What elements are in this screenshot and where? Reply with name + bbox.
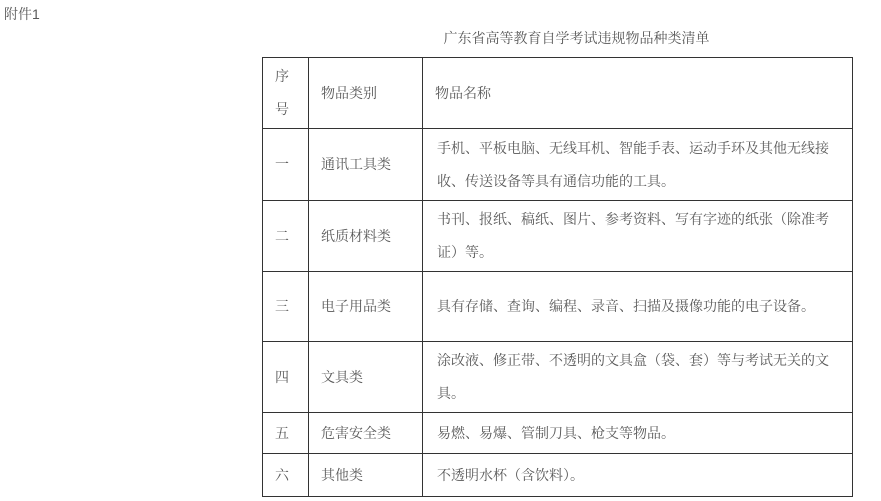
document-content: 广东省高等教育自学考试违规物品种类清单 序号 物品类别 物品名称 一 通讯工具类… <box>262 29 853 497</box>
row-items-cell: 具有存储、查询、编程、录音、扫描及摄像功能的电子设备。 <box>423 272 853 342</box>
table-row: 六 其他类 不透明水杯（含饮料）。 <box>263 454 853 497</box>
row-items-cell: 书刊、报纸、稿纸、图片、参考资料、写有字迹的纸张（除准考证）等。 <box>423 201 853 272</box>
attachment-label: 附件1 <box>4 5 40 23</box>
row-category-cell: 通讯工具类 <box>309 129 423 201</box>
row-category-cell: 文具类 <box>309 342 423 413</box>
row-items-cell: 易燃、易爆、管制刀具、枪支等物品。 <box>423 413 853 454</box>
table-row: 一 通讯工具类 手机、平板电脑、无线耳机、智能手表、运动手环及其他无线接收、传送… <box>263 129 853 201</box>
row-items-cell: 手机、平板电脑、无线耳机、智能手表、运动手环及其他无线接收、传送设备等具有通信功… <box>423 129 853 201</box>
row-category-cell: 纸质材料类 <box>309 201 423 272</box>
row-category-cell: 电子用品类 <box>309 272 423 342</box>
row-index-cell: 四 <box>263 342 309 413</box>
document-page: { "page": { "attachment_label": "附件1", "… <box>0 0 881 501</box>
row-index-cell: 三 <box>263 272 309 342</box>
table-row: 二 纸质材料类 书刊、报纸、稿纸、图片、参考资料、写有字迹的纸张（除准考证）等。 <box>263 201 853 272</box>
row-items-cell: 涂改液、修正带、不透明的文具盒（袋、套）等与考试无关的文具。 <box>423 342 853 413</box>
row-category-cell: 危害安全类 <box>309 413 423 454</box>
table-header-index: 序号 <box>263 58 309 129</box>
row-index-cell: 五 <box>263 413 309 454</box>
table-header-name: 物品名称 <box>423 58 853 129</box>
table-row: 三 电子用品类 具有存储、查询、编程、录音、扫描及摄像功能的电子设备。 <box>263 272 853 342</box>
row-index-cell: 一 <box>263 129 309 201</box>
document-title: 广东省高等教育自学考试违规物品种类清单 <box>262 29 853 47</box>
table-row: 五 危害安全类 易燃、易爆、管制刀具、枪支等物品。 <box>263 413 853 454</box>
table-header-row: 序号 物品类别 物品名称 <box>263 58 853 129</box>
prohibited-items-table: 序号 物品类别 物品名称 一 通讯工具类 手机、平板电脑、无线耳机、智能手表、运… <box>262 57 853 497</box>
row-index-cell: 二 <box>263 201 309 272</box>
row-index-cell: 六 <box>263 454 309 497</box>
table-header-category: 物品类别 <box>309 58 423 129</box>
table-row: 四 文具类 涂改液、修正带、不透明的文具盒（袋、套）等与考试无关的文具。 <box>263 342 853 413</box>
row-category-cell: 其他类 <box>309 454 423 497</box>
row-items-cell: 不透明水杯（含饮料）。 <box>423 454 853 497</box>
